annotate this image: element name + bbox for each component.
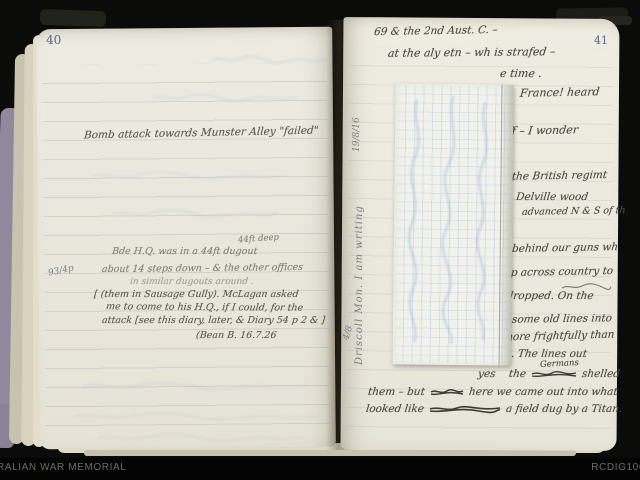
diary-line-bottom: them – but here we came out into what	[368, 386, 617, 398]
diary-line: + Delville wood	[503, 191, 589, 203]
diary-text: shelled	[581, 368, 621, 380]
page-edge-bottom	[84, 450, 576, 456]
diary-line: to the British regimt	[497, 169, 607, 183]
vertical-date-note: 19/8/16	[352, 96, 362, 152]
caption-bar: RALIAN WAR MEMORIAL RCDIG106	[0, 458, 640, 480]
note-block-line: me to come to his H.Q., if I could, for …	[105, 301, 303, 313]
note-block-line: about 14 steps down – & the other office…	[101, 262, 303, 275]
diary-text: here we came out into what	[468, 386, 618, 398]
slip-grid-lines	[395, 85, 512, 363]
diary-line-shelled: yes the shelled	[478, 368, 620, 380]
vertical-annotation: Driscoll Mon. I am writing	[354, 150, 365, 365]
note-block-line: (Bean B. 16.7.26	[195, 330, 277, 341]
diary-line-bottom: looked like a field dug by a Titan.	[366, 403, 622, 415]
diary-line: up across country to	[503, 265, 613, 279]
diary-line: ff – I wonder	[507, 123, 578, 137]
diary-line: behind our guns wh	[511, 241, 618, 255]
note-block-line: in similar dugouts around .	[129, 277, 254, 287]
diary-line: some old lines into	[511, 312, 612, 325]
page-number-right: 41	[594, 34, 608, 47]
diary-text: them – but	[367, 386, 425, 398]
note-block-line: [ (them in Sausage Gully). McLagan asked	[93, 289, 299, 300]
diary-line: at the aly etn – wh is strafed –	[387, 45, 556, 60]
diary-text: yes the	[477, 368, 527, 380]
diary-line: advanced N & S of th	[521, 205, 626, 218]
diary-line: e time .	[499, 67, 542, 80]
diary-photo: 40 Bomb attack towards Munster Alley "fa…	[0, 0, 640, 480]
crossed-out-scribble	[430, 387, 464, 397]
note-block-line: Bde H.Q. was in a 44ft dugout	[111, 246, 257, 257]
watermark-left: RALIAN WAR MEMORIAL	[0, 462, 126, 473]
diary-line: 69 & the 2nd Aust. C. –	[373, 24, 498, 38]
watermark-right: RCDIG106	[591, 462, 640, 473]
diary-text: looked like	[365, 403, 424, 415]
diary-text: a field dug by a Titan.	[505, 403, 623, 415]
crossed-out-scribble	[429, 404, 501, 414]
left-page	[36, 27, 336, 450]
inserted-slip	[393, 83, 514, 365]
diary-line: France! heard	[519, 85, 600, 99]
page-number-left: 40	[46, 33, 61, 47]
note-block-line: attack [see this diary, later, & Diary 5…	[101, 315, 325, 326]
crossed-out-scribble	[531, 369, 577, 379]
page-edge-top-left	[40, 9, 107, 27]
